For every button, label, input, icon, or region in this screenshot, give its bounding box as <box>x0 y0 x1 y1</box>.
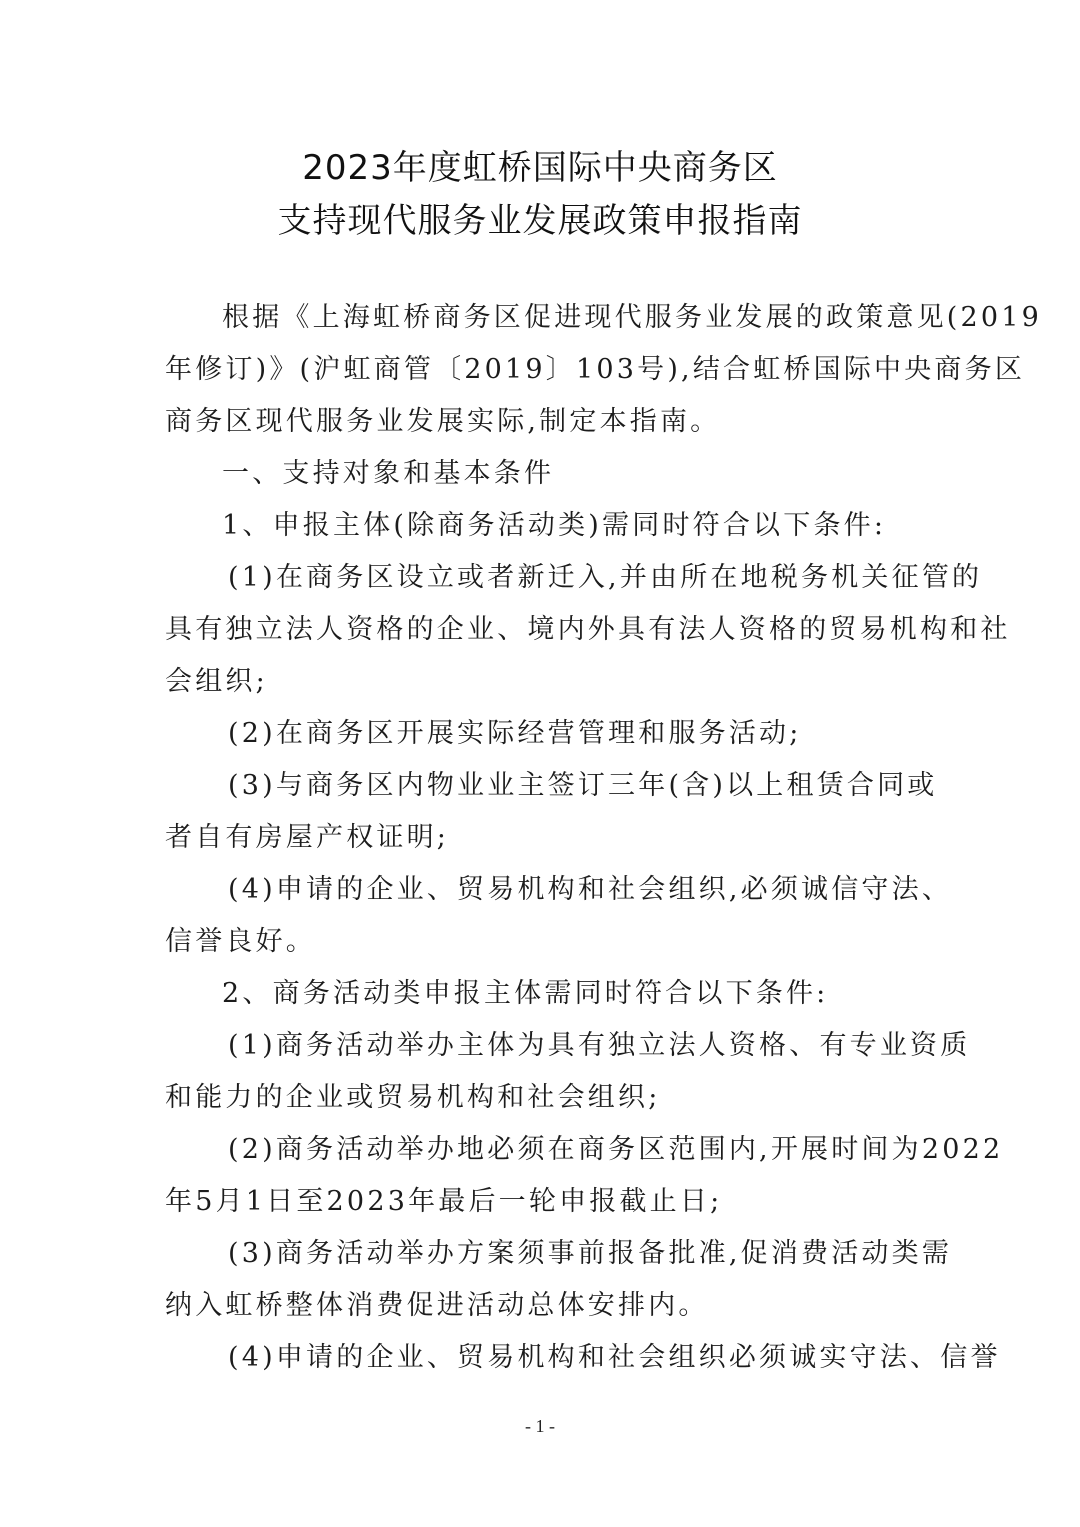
subsection-heading: 1、申报主体(除商务活动类)需同时符合以下条件: <box>222 508 982 544</box>
condition-item-line: 和能力的企业或贸易机构和社会组织; <box>165 1080 925 1116</box>
subsection-heading: 2、商务活动类申报主体需同时符合以下条件: <box>222 976 982 1012</box>
page-number: - 1 - <box>0 1416 1080 1437</box>
condition-item-line: (3)与商务区内物业业主签订三年(含)以上租赁合同或 <box>228 768 988 804</box>
intro-paragraph-line: 根据《上海虹桥商务区促进现代服务业发展的政策意见(2019 <box>222 300 982 336</box>
intro-paragraph-line: 年修订)》(沪虹商管〔2019〕103号),结合虹桥国际中央商务区 <box>165 352 925 388</box>
condition-item-line: 者自有房屋产权证明; <box>165 820 925 856</box>
condition-item-line: 年5月1日至2023年最后一轮申报截止日; <box>165 1184 925 1220</box>
document-title-line-2: 支持现代服务业发展政策申报指南 <box>0 193 1080 242</box>
document-title-line-1: 2023年度虹桥国际中央商务区 <box>0 140 1080 189</box>
condition-item-line: (1)商务活动举办主体为具有独立法人资格、有专业资质 <box>228 1028 988 1064</box>
condition-item-line: (2)在商务区开展实际经营管理和服务活动; <box>228 716 988 752</box>
condition-item-line: (1)在商务区设立或者新迁入,并由所在地税务机关征管的 <box>228 560 988 596</box>
condition-item-line: 信誉良好。 <box>165 924 925 960</box>
condition-item-line: (2)商务活动举办地必须在商务区范围内,开展时间为2022 <box>228 1132 988 1168</box>
condition-item-line: 具有独立法人资格的企业、境内外具有法人资格的贸易机构和社 <box>165 612 925 648</box>
section-heading: 一、支持对象和基本条件 <box>222 456 982 492</box>
condition-item-line: 纳入虹桥整体消费促进活动总体安排内。 <box>165 1288 925 1324</box>
document-page: 2023年度虹桥国际中央商务区 支持现代服务业发展政策申报指南 根据《上海虹桥商… <box>0 0 1080 1527</box>
condition-item-line: (4)申请的企业、贸易机构和社会组织,必须诚信守法、 <box>228 872 988 908</box>
intro-paragraph-line: 商务区现代服务业发展实际,制定本指南。 <box>165 404 925 440</box>
condition-item-line: 会组织; <box>165 664 925 700</box>
condition-item-line: (3)商务活动举办方案须事前报备批准,促消费活动类需 <box>228 1236 988 1272</box>
condition-item-line: (4)申请的企业、贸易机构和社会组织必须诚实守法、信誉 <box>228 1340 988 1376</box>
